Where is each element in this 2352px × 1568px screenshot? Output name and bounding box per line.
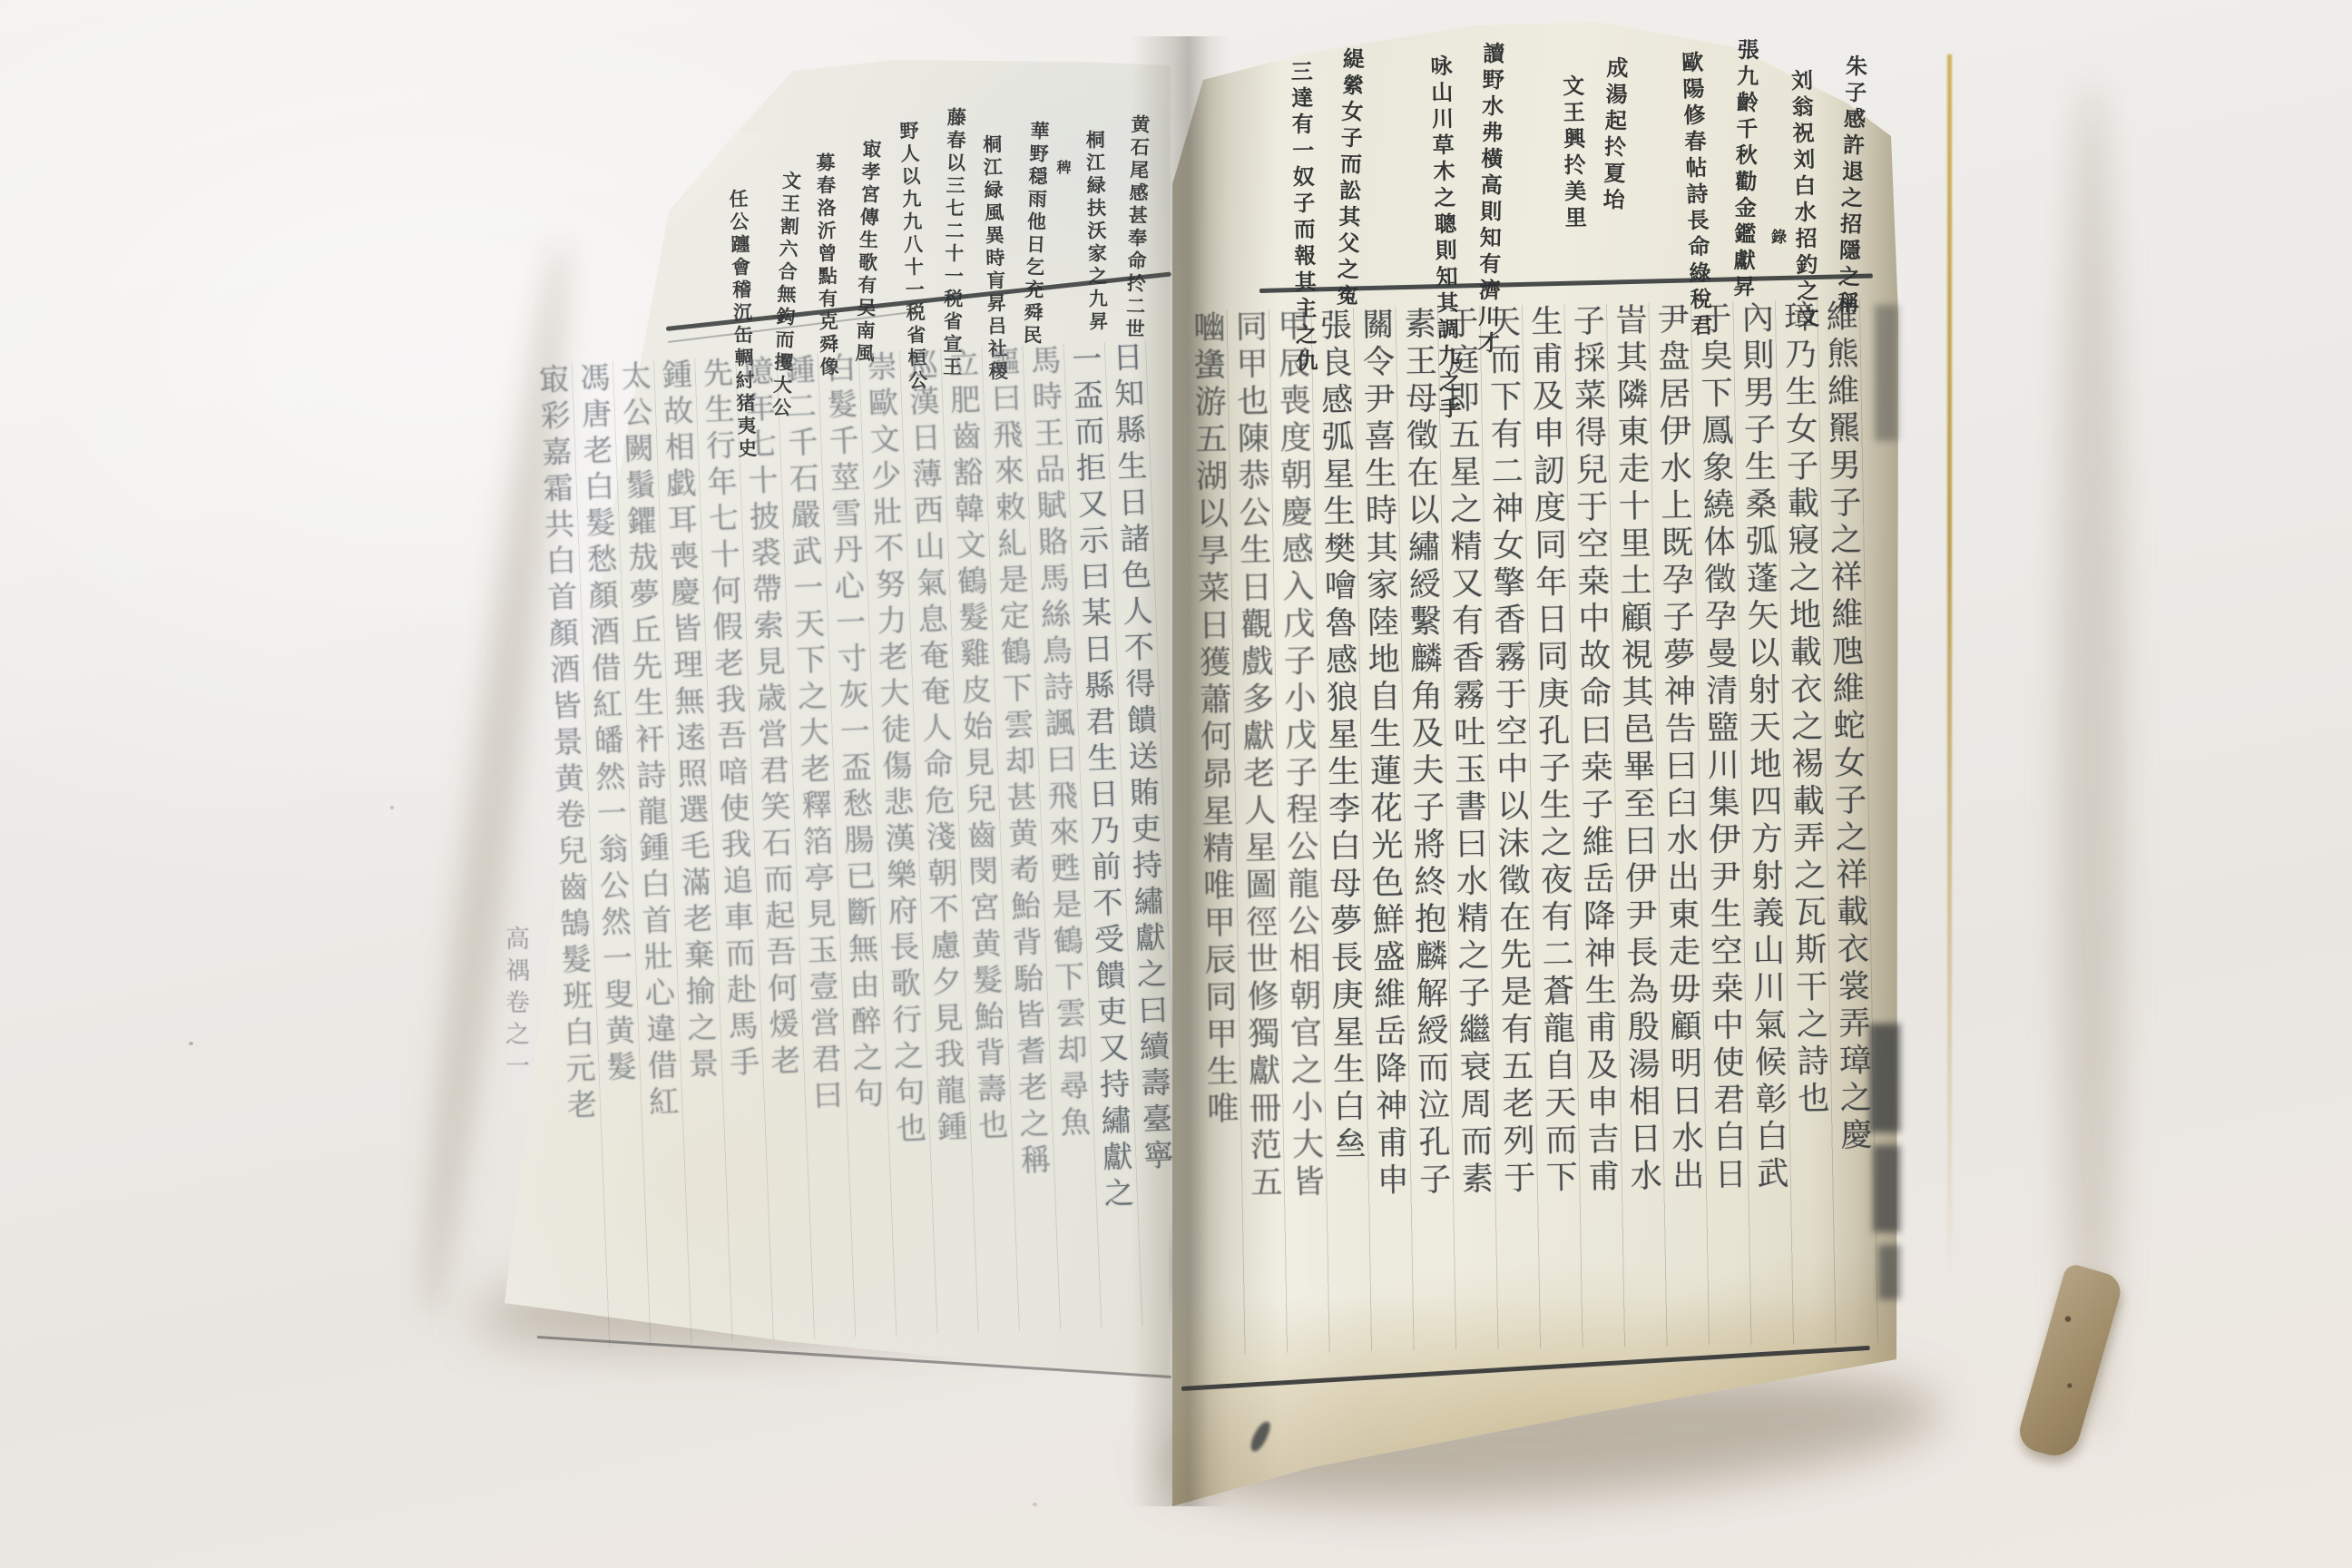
right-margin-annotation: 文王興扵美里 bbox=[1555, 74, 1590, 233]
right-margin-annotation: 張九齡千秋勸金鑑獻昇 bbox=[1726, 38, 1762, 302]
photograph-antique-book: 黄石尾感甚奉命扵二世 桐江緑扶沃家之九昇 稗 華野穏雨他日乞充舜民 桐江緑風異時… bbox=[0, 0, 2352, 1568]
gutter-shadow bbox=[1131, 36, 1230, 1506]
page-edge-yellow-streak bbox=[1947, 54, 1952, 1279]
page-edge-stack bbox=[1893, 24, 2100, 1468]
fore-edge-title: 高禑卷之一 bbox=[497, 926, 533, 1084]
left-margin-annotation: 募春洛沂曾點有克舜像 bbox=[811, 152, 842, 379]
spine-ink-smudge bbox=[1873, 1145, 1900, 1232]
left-margin-annotation: 稗 bbox=[1053, 160, 1073, 178]
right-page-text-block: 維熊維羆男子之祥維虺維蛇女子之祥載衣裳弄璋之慶璋乃生女子載寢之地載衣之裼載弄之瓦… bbox=[1185, 299, 1878, 1355]
left-margin-annotation: 藤春以三七二十一税省宣王 bbox=[937, 107, 969, 379]
dust-speck bbox=[189, 1042, 193, 1045]
left-margin-annotation: 桐江緑扶沃家之九昇 bbox=[1081, 130, 1112, 334]
dust-speck bbox=[390, 806, 394, 809]
right-margin-annotation: 成湯起扵夏坮 bbox=[1596, 56, 1632, 215]
left-page-text-block: 日知縣生日諸色人不得饋送賄吏持繡獻之曰續壽臺寧一盃而拒又示曰某日縣君生日乃前不受… bbox=[531, 340, 1183, 1347]
dust-speck bbox=[1033, 1503, 1037, 1506]
right-margin-note: 錄 bbox=[1766, 229, 1788, 249]
spine-ink-smudge bbox=[1869, 1024, 1900, 1132]
